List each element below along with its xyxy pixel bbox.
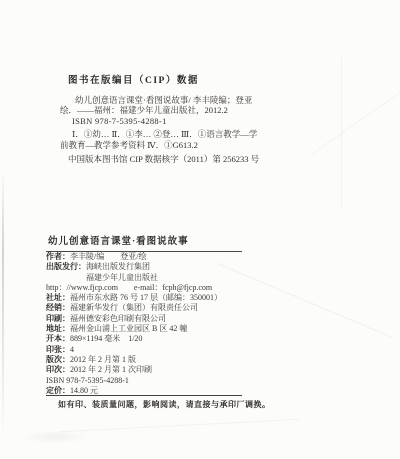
scan-artifact-smudge — [20, 430, 90, 444]
colophon-label: 地址： — [46, 324, 70, 333]
book-title: 幼儿创意语言课堂·看图说故事 — [46, 233, 242, 247]
colophon-title-block: 幼儿创意语言课堂·看图说故事 — [46, 233, 242, 252]
colophon-row-printer-address: 地址：福州金山浦上工业园区 B 区 42 幢 — [46, 324, 296, 334]
divider-rule — [46, 395, 242, 396]
colophon-value: 889×1194 毫米 1/20 — [70, 334, 142, 343]
colophon-value: 海峡出版发行集团 — [86, 262, 150, 271]
colophon-label: 印张： — [46, 345, 70, 354]
colophon-value: 14.80 元 — [70, 386, 98, 395]
colophon-value: 李丰陵/编 登亚/绘 — [70, 252, 146, 261]
colophon-value: 福州金山浦上工业园区 B 区 42 幢 — [70, 324, 187, 333]
colophon-value: 福州市东水路 76 号 17 层（邮编：350001） — [70, 293, 222, 302]
colophon-label: 经销： — [46, 303, 70, 312]
colophon-row-impression: 印次：2012 年 2 月第 1 次印刷 — [46, 365, 296, 375]
cip-description-line2: 绘．——福州：福建少年儿童出版社，2012.2 — [60, 105, 328, 116]
colophon-label: 定价： — [46, 386, 70, 395]
colophon-row-edition: 版次：2012 年 2 月第 1 版 — [46, 355, 296, 365]
colophon-value: 福州德安彩色印刷有限公司 — [70, 314, 166, 323]
colophon-label: 作者： — [46, 252, 70, 261]
cip-data-block: 图书在版编目（CIP）数据 幼儿创意语言课堂·看图说故事/ 李丰陵编；登亚 绘．… — [60, 76, 328, 165]
scan-artifact-left-edge — [2, 170, 4, 440]
colophon-value: ISBN 978-7-5395-4288-1 — [46, 376, 129, 385]
colophon-label: 开本： — [46, 334, 70, 343]
cip-record-number: 中国版本图书馆 CIP 数据核字（2011）第 256233 号 — [60, 154, 328, 165]
cip-classification-line1: Ⅰ．①幼… Ⅱ．①李… ②登… Ⅲ．①语言教学—学 — [60, 129, 328, 140]
scanned-copyright-page: 图书在版编目（CIP）数据 幼儿创意语言课堂·看图说故事/ 李丰陵编；登亚 绘．… — [0, 0, 400, 459]
colophon-value: 2012 年 2 月第 1 版 — [70, 355, 136, 364]
colophon-row-format: 开本：889×1194 毫米 1/20 — [46, 334, 296, 344]
cip-description-line1: 幼儿创意语言课堂·看图说故事/ 李丰陵编；登亚 — [60, 95, 328, 106]
colophon-label: 版次： — [46, 355, 70, 364]
colophon-value: 福建新华发行（集团）有限责任公司 — [70, 303, 198, 312]
colophon-value: 福建少年儿童出版社 — [46, 273, 158, 282]
colophon-row-publisher: 出版发行：海峡出版发行集团 — [46, 262, 296, 272]
cip-heading: 图书在版编目（CIP）数据 — [60, 76, 328, 87]
colophon-row-website: http：//www.fjcp.com e-mail：fcph@fjcp.com — [46, 283, 296, 293]
scan-artifact-vline — [341, 58, 342, 208]
colophon-row-printer: 印刷：福州德安彩色印刷有限公司 — [46, 314, 296, 324]
colophon-label: 印刷： — [46, 314, 70, 323]
scan-artifact-crease — [60, 419, 300, 433]
colophon-label: 社址： — [46, 293, 70, 302]
colophon-row-address: 社址：福州市东水路 76 号 17 层（邮编：350001） — [46, 293, 296, 303]
quality-note: 如有印、装质量问题，影响阅读，请直接与承印厂调换。 — [58, 399, 271, 410]
colophon-row-distributor: 经销：福建新华发行（集团）有限责任公司 — [46, 303, 296, 313]
colophon-value: 2012 年 2 月第 1 次印刷 — [70, 365, 152, 374]
colophon-info-block: 作者：李丰陵/编 登亚/绘 出版发行：海峡出版发行集团 福建少年儿童出版社 ht… — [46, 252, 296, 396]
colophon-row-sheets: 印张：4 — [46, 345, 296, 355]
colophon-row-author: 作者：李丰陵/编 登亚/绘 — [46, 252, 296, 262]
colophon-row-publisher2: 福建少年儿童出版社 — [46, 273, 296, 283]
colophon-value: 4 — [70, 345, 74, 354]
cip-isbn: ISBN 978-7-5395-4288-1 — [60, 116, 328, 127]
cip-classification-line2: 前教育—教学参考资料 Ⅳ．①G613.2 — [60, 140, 328, 151]
colophon-value: http：//www.fjcp.com e-mail：fcph@fjcp.com — [46, 283, 212, 292]
colophon-label: 印次： — [46, 365, 70, 374]
colophon-row-isbn: ISBN 978-7-5395-4288-1 — [46, 376, 296, 386]
colophon-label: 出版发行： — [46, 262, 86, 271]
